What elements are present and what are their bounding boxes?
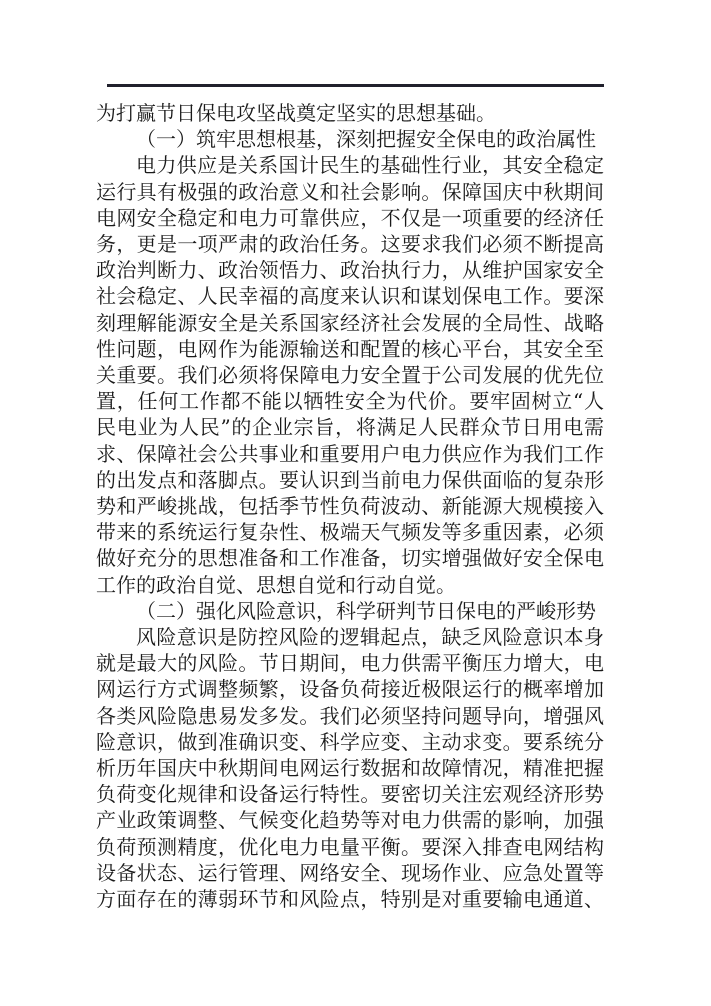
text-line: 带来的系统运行复杂性、极端天气频发等多重因素，必须 — [96, 519, 604, 545]
text-line: 性问题，电网作为能源输送和配置的核心平台，其安全至 — [96, 336, 604, 362]
text-line: 方面存在的薄弱环节和风险点，特别是对重要输电通道、 — [96, 886, 604, 912]
text-line: 工作的政治自觉、思想自觉和行动自觉。 — [96, 572, 604, 598]
section-heading-2: （二）强化风险意识，科学研判节日保电的严峻形势 — [96, 598, 604, 624]
text-line: 析历年国庆中秋期间电网运行数据和故障情况，精准把握 — [96, 755, 604, 781]
text-line: 设备状态、运行管理、网络安全、现场作业、应急处置等 — [96, 860, 604, 886]
section-heading-1: （一）筑牢思想根基，深刻把握安全保电的政治属性 — [96, 126, 604, 152]
text-line: 势和严峻挑战，包括季节性负荷波动、新能源大规模接入 — [96, 493, 604, 519]
text-line: 求、保障社会公共事业和重要用户电力供应作为我们工作 — [96, 441, 604, 467]
text-line: 负荷变化规律和设备运行特性。要密切关注宏观经济形势 — [96, 781, 604, 807]
text-line: 务，更是一项严肃的政治任务。这要求我们必须不断提高 — [96, 231, 604, 257]
text-line: 刻理解能源安全是关系国家经济社会发展的全局性、战略 — [96, 310, 604, 336]
text-line: 就是最大的风险。节日期间，电力供需平衡压力增大，电 — [96, 650, 604, 676]
text-line: 运行具有极强的政治意义和社会影响。保障国庆中秋期间 — [96, 179, 604, 205]
text-line: 网运行方式调整频繁，设备负荷接近极限运行的概率增加 — [96, 676, 604, 702]
text-line: 民电业为人民”的企业宗旨，将满足人民群众节日用电需 — [96, 414, 604, 440]
header-separator-rule — [107, 84, 604, 87]
text-line: 各类风险隐患易发多发。我们必须坚持问题导向，增强风 — [96, 703, 604, 729]
text-line: 政治判断力、政治领悟力、政治执行力，从维护国家安全 — [96, 257, 604, 283]
text-line: 负荷预测精度，优化电力电量平衡。要深入排查电网结构 — [96, 834, 604, 860]
text-line: 电网安全稳定和电力可靠供应，不仅是一项重要的经济任 — [96, 205, 604, 231]
document-body: 为打赢节日保电攻坚战奠定坚实的思想基础。 （一）筑牢思想根基，深刻把握安全保电的… — [96, 100, 604, 912]
text-line: 社会稳定、人民幸福的高度来认识和谋划保电工作。要深 — [96, 283, 604, 309]
text-line: 的出发点和落脚点。要认识到当前电力保供面临的复杂形 — [96, 467, 604, 493]
text-line: 风险意识是防控风险的逻辑起点，缺乏风险意识本身 — [96, 624, 604, 650]
text-line: 关重要。我们必须将保障电力安全置于公司发展的优先位 — [96, 362, 604, 388]
text-line: 为打赢节日保电攻坚战奠定坚实的思想基础。 — [96, 100, 604, 126]
text-line: 电力供应是关系国计民生的基础性行业，其安全稳定 — [96, 152, 604, 178]
text-line: 置，任何工作都不能以牺牲安全为代价。要牢固树立“人 — [96, 388, 604, 414]
document-page: 为打赢节日保电攻坚战奠定坚实的思想基础。 （一）筑牢思想根基，深刻把握安全保电的… — [0, 0, 711, 1006]
text-line: 险意识，做到准确识变、科学应变、主动求变。要系统分 — [96, 729, 604, 755]
text-line: 做好充分的思想准备和工作准备，切实增强做好安全保电 — [96, 545, 604, 571]
text-line: 产业政策调整、气候变化趋势等对电力供需的影响，加强 — [96, 807, 604, 833]
